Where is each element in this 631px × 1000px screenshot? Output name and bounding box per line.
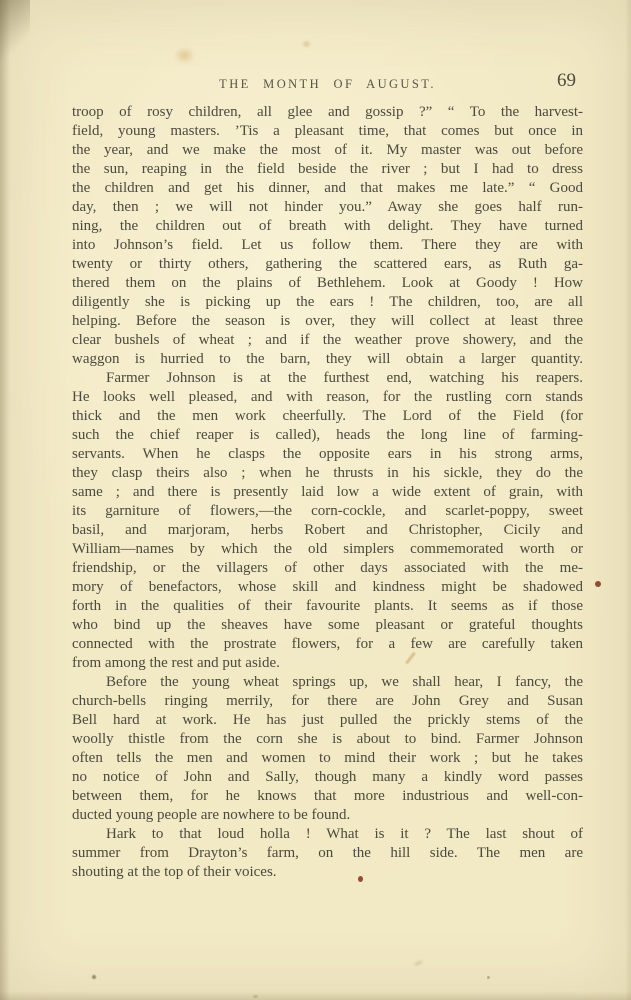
text-line: clear bushels of wheat ; and if the weat… (72, 331, 583, 350)
page-right-edge-shadow (625, 0, 631, 1000)
text-line: Before the young wheat springs up, we sh… (72, 673, 583, 692)
page-bottom-edge-shadow (0, 991, 631, 1000)
text-line: friendship, or the villagers of other da… (72, 559, 583, 578)
text-line: field, young masters. ’Tis a pleasant ti… (72, 122, 583, 141)
page-body: troop of rosy children, all glee and gos… (72, 103, 583, 882)
page-left-edge-shadow (0, 0, 10, 1000)
text-line: they clasp theirs also ; when he thrusts… (72, 464, 583, 483)
text-line: such the chief reaper is called), heads … (72, 426, 583, 445)
text-line: He looks well pleased, and with reason, … (72, 388, 583, 407)
text-line: who bind up the sheaves have some pleasa… (72, 616, 583, 635)
text-line: shouting at the top of their voices. (72, 863, 583, 882)
text-line: woolly thistle from the corn she is abou… (72, 730, 583, 749)
page-number: 69 (557, 70, 576, 92)
text-line: its garniture of flowers,—the corn-cockl… (72, 502, 583, 521)
paper-speck (487, 976, 490, 979)
text-line: the sun, reaping in the field beside the… (72, 160, 583, 179)
text-line: into Johnson’s field. Let us follow them… (72, 236, 583, 255)
header-title: THE MONTH OF AUGUST. (72, 77, 583, 92)
text-line: same ; and there is presently laid low a… (72, 483, 583, 502)
text-line: often tells the men and women to mind th… (72, 749, 583, 768)
scanned-book-page: THE MONTH OF AUGUST. 69 troop of rosy ch… (0, 0, 631, 1000)
text-line: Farmer Johnson is at the furthest end, w… (72, 369, 583, 388)
text-line: from among the rest and put aside. (72, 654, 583, 673)
text-line: summer from Drayton’s farm, on the hill … (72, 844, 583, 863)
text-line: the children and get his dinner, and tha… (72, 179, 583, 198)
text-line: thick and the men work cheerfully. The L… (72, 407, 583, 426)
text-line: the year, and we make the most of it. My… (72, 141, 583, 160)
ink-speck (595, 581, 601, 587)
text-line: ducted young people are nowhere to be fo… (72, 806, 583, 825)
text-line: no notice of John and Sally, though many… (72, 768, 583, 787)
text-line: helping. Before the season is over, they… (72, 312, 583, 331)
text-line: twenty or thirty others, gathering the s… (72, 255, 583, 274)
page-corner-shadow (0, 0, 30, 70)
text-line: basil, and marjoram, herbs Robert and Ch… (72, 521, 583, 540)
text-line: Bell hard at work. He has just pulled th… (72, 711, 583, 730)
text-line: thered them on the plains of Bethlehem. … (72, 274, 583, 293)
text-line: diligently she is picking up the ears ! … (72, 293, 583, 312)
paper-stain (303, 41, 310, 47)
text-line: forth in the qualities of their favourit… (72, 597, 583, 616)
text-line: connected with the prostrate flowers, fo… (72, 635, 583, 654)
text-line: between them, for he knows that more ind… (72, 787, 583, 806)
text-line: Hark to that loud holla ! What is it ? T… (72, 825, 583, 844)
paper-smudge (414, 959, 424, 967)
text-line: waggon is hurried to the barn, they will… (72, 350, 583, 369)
text-line: ning, the children out of breath with de… (72, 217, 583, 236)
text-line: mory of benefactors, whose skill and kin… (72, 578, 583, 597)
paper-stain (174, 47, 195, 64)
paper-speck (92, 975, 96, 979)
text-line: day, then ; we will not hinder you.” Awa… (72, 198, 583, 217)
text-line: William—names by which the old simplers … (72, 540, 583, 559)
text-line: troop of rosy children, all glee and gos… (72, 103, 583, 122)
text-line: servants. When he clasps the opposite ea… (72, 445, 583, 464)
text-line: church-bells ringing merrily, for there … (72, 692, 583, 711)
running-header: THE MONTH OF AUGUST. 69 (72, 70, 583, 96)
